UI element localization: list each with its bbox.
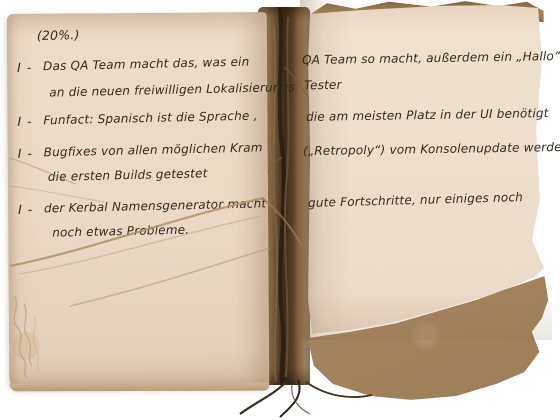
right-page: QA Team so macht, außerdem ein „Hallo“ T… — [300, 0, 552, 420]
note-item: I - Funfact: Spanisch ist die Sprache , — [7, 12, 267, 14]
note-item: I - Bugfixes von allen möglichen Kram di… — [7, 12, 267, 14]
note-line: („Retropoly“) vom Konsolenupdate werden — [303, 141, 560, 157]
note-line: Bugfixes von allen möglichen Kram — [44, 141, 263, 158]
note-line: der Kerbal Namensgenerator macht — [44, 197, 267, 214]
note-line: Funfact: Spanisch ist die Sprache , — [43, 109, 257, 126]
note-line: die ersten Builds getestet — [48, 167, 208, 183]
note-line: Das QA Team macht das, was ein — [43, 56, 250, 73]
item-marker: I - — [18, 202, 33, 217]
note-item: I - der Kerbal Namensgenerator macht noc… — [7, 12, 267, 14]
left-page: (20%.) I - Das QA Team macht das, was ei… — [7, 12, 270, 388]
item-marker: I - — [17, 60, 32, 75]
note-line: noch etwas Probleme. — [52, 224, 189, 239]
note-line: an die neuen freiwilligen Lokalisierungs — [49, 81, 295, 99]
note-item: I - Das QA Team macht das, was ein an di… — [7, 12, 267, 14]
photo-backdrop: (20%.) I - Das QA Team macht das, was ei… — [0, 0, 560, 420]
note-line: die am meisten Platz in der UI benötigt — [306, 107, 549, 123]
item-marker: I - — [18, 146, 33, 161]
note-line: Tester — [304, 79, 342, 92]
item-marker: I - — [17, 114, 32, 129]
page-number: (20%.) — [37, 29, 80, 42]
